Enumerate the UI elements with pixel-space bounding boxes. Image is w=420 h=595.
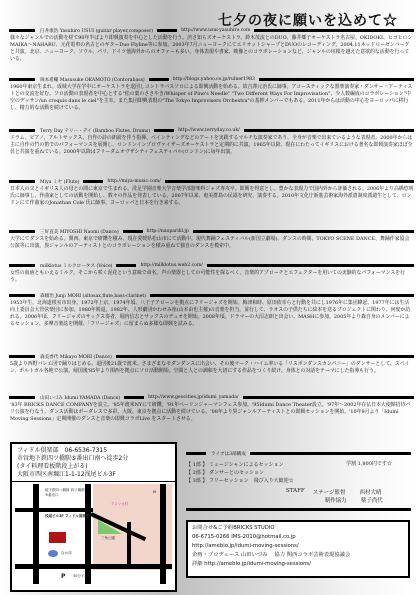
performer-header: 森美香代 Mikayo MORI (Dance) — [9, 353, 414, 360]
performer-bio: 1960年東京生まれ。成城大学在学中にオーケストラを退団しコントラバスソロによる… — [10, 84, 414, 112]
header-bar — [244, 129, 414, 132]
info-header: ライブは3部構成 — [186, 450, 411, 457]
info-title: ライブは3部構成 — [211, 451, 246, 457]
header-bar — [154, 129, 174, 132]
header-bar — [9, 78, 35, 81]
header-bar — [9, 129, 35, 132]
part-row: 【 3部 】 フリーセッション 飛び入り大歓迎☆ — [186, 476, 416, 484]
header-bar — [150, 294, 414, 297]
header-bar — [259, 78, 414, 81]
performer-section: Terry Day テリー・デイ (Bamboo Flutes, Drums) … — [9, 127, 414, 156]
header-bar — [243, 396, 415, 399]
performer-name: 森美香代 Mikayo MORI (Dance) — [40, 354, 112, 360]
header-bar — [9, 396, 35, 399]
contact-details-url[interactable]: 詳細 http://ameblo.jp/idumi-moving-session… — [192, 560, 404, 569]
header-bar — [207, 264, 414, 267]
venue-info: フィドル倶楽部 06-6536-7315 市営地下鉄四ツ橋駅⑤番出口南へ徒歩2分… — [12, 444, 175, 482]
performer-bio: '83年 BRICKS DANCE COMPANYを設立。'85年渡米NYにて研… — [10, 402, 414, 423]
performer-section: 三好直美 MIYOSHI Naomi (Dance) http://naopar… — [9, 228, 414, 250]
header-bar — [9, 355, 35, 358]
staff-role: 制作協力 — [325, 496, 347, 504]
header-bar — [9, 230, 35, 233]
performer-header: 三好直美 MIYOSHI Naomi (Dance) http://naopar… — [9, 228, 414, 235]
header-bar — [165, 180, 414, 183]
parking-fee: 30分￥200 — [73, 574, 91, 579]
performer-header: 臼井康浩 Yasuhiro USUI (guitar player,compos… — [9, 27, 414, 34]
performer-header: 岡本希輔 Masusuke OKAMOTO (Contorabass) http… — [9, 76, 414, 83]
header-bar — [149, 78, 169, 81]
performer-section: milklotus ミルクロータス (Voice) http://milklot… — [9, 262, 414, 284]
header-bar — [9, 294, 35, 297]
road — [127, 522, 131, 566]
header-bar — [186, 452, 206, 455]
performer-url[interactable]: http://naoparikl.jp — [147, 229, 189, 234]
performer-bio: 5歳より西野バレエ団で踊りはじめる。退団後21歳で渡米。さまざまなモダンダンスに… — [10, 361, 414, 375]
performer-bio: 様々なジャンルでの活動を経て90年半ばより即興演奏を中心とした活動を行う。渋さ知… — [10, 35, 414, 63]
header-bar — [254, 29, 414, 32]
performer-section: 山田いづみ Idumi YAMADA (Dance) http://www.ge… — [9, 394, 414, 423]
staff-name: 西村大晴 — [360, 488, 382, 496]
header-bar — [9, 29, 35, 32]
park-label: 三角公園 — [101, 536, 115, 541]
contact-producer: 企画・プロデュース 山田いづみ 協力 関西コラボ芸術表現協議会 — [192, 551, 404, 560]
header-bar — [193, 230, 414, 233]
part-number: 3部 — [193, 477, 201, 484]
performer-header: Terry Day テリー・デイ (Bamboo Flutes, Drums) … — [9, 127, 414, 134]
header-bar — [116, 355, 414, 358]
performer-header: 山田いづみ Idumi YAMADA (Dance) http://www.ge… — [9, 394, 414, 401]
live-info: ライブは3部構成 【 1部 】 ミュージシャンによるセッション 【 2部 】 ダ… — [186, 450, 416, 511]
performer-bio: ドラム、ピアノ、アルトサックス、自作の詩の朗読を伴う指揮、ペインティングなどのア… — [10, 135, 414, 156]
performer-header: 森順治 Junji MORI (altosax,flute,bass-clari… — [9, 292, 414, 299]
performer-bio: 日本人の父とイギリス人の母との間に東京で生まれる。洗足学園音楽大学音楽学部器楽科… — [10, 186, 414, 207]
contact-url[interactable]: http://ameblo.jp/idumi-moving-sessions/ — [192, 542, 404, 551]
road-midosuji — [160, 484, 166, 584]
parking-icon: P — [61, 573, 65, 580]
header-bar — [9, 264, 35, 267]
performer-name: 山田いづみ Idumi YAMADA (Dance) — [40, 395, 120, 401]
performer-name: 森順治 Junji MORI (altosax,flute,bass-clari… — [40, 293, 146, 299]
performer-header: milklotus ミルクロータス (Voice) http://milklot… — [9, 262, 414, 269]
performer-name: milklotus ミルクロータス (Voice) — [40, 263, 112, 269]
performer-name: 臼井康浩 Yasuhiro USUI (guitar player,compos… — [40, 28, 153, 34]
part-number: 1部 — [193, 461, 201, 468]
header-bar — [124, 396, 144, 399]
header-bar — [83, 180, 103, 183]
performer-header: Miya ミヤ (Flute) http://miya-music.com/ — [9, 178, 414, 185]
performer-url[interactable]: http://www.usui-yasuhiro.com — [181, 28, 250, 33]
staff-label: STAFF — [286, 488, 305, 504]
road — [15, 508, 93, 512]
access-map: 三角公園 アメリカ村 浅尾ビル3F フィドル倶楽部 なか卯 地下鉄四つ橋線 四ツ… — [15, 484, 172, 584]
part-number: 2部 — [193, 469, 201, 476]
performer-url[interactable]: http://miya-music.com/ — [107, 179, 160, 184]
header-bar — [116, 264, 136, 267]
part-desc: ミュージシャンによるセッション — [209, 461, 283, 468]
performer-section: Miya ミヤ (Flute) http://miya-music.com/ 日… — [9, 178, 414, 207]
performer-name: Miya ミヤ (Flute) — [40, 179, 79, 185]
shop-label: なか卯 — [61, 551, 72, 556]
venue-access-note: (タイ料理看板階段上がる) — [17, 463, 171, 471]
performer-section: 森順治 Junji MORI (altosax,flute,bass-clari… — [9, 292, 414, 328]
performer-url[interactable]: http://milklotus.web2.com/ — [140, 263, 202, 268]
sankaku-park — [98, 520, 122, 534]
performer-url[interactable]: http://www.geocities.jp/idumi_yamada/ — [148, 395, 238, 400]
performer-bio: 大学にてダンスを始める。関西、東京で研鑽を積み、現在愛媛県松山市にて活動中。現代… — [10, 236, 414, 250]
performer-section: 岡本希輔 Masusuke OKAMOTO (Contorabass) http… — [9, 76, 414, 112]
road-yotsubashi — [33, 484, 39, 584]
area-label: アメリカ村 — [111, 502, 128, 507]
exit-label: 地下鉄四つ橋線 四ツ橋駅 ⑤番出口 — [45, 488, 85, 498]
header-bar — [9, 180, 35, 183]
header-bar — [157, 29, 177, 32]
staff-name: 薬子尚代 — [361, 496, 383, 504]
performer-bio: 1953年生。北海道根室市出身。1972年上京。1974年頃、八王子アローンを拠… — [10, 300, 414, 328]
part-desc: ダンサーとのセッション — [209, 469, 264, 476]
staff-block: STAFF ステージ監督西村大晴 制作協力薬子尚代 — [286, 488, 416, 504]
venue-box: フィドル倶楽部 06-6536-7315 市営地下鉄四ツ橋駅⑤番出口南へ徒歩2分… — [10, 442, 177, 592]
north-icon: N — [153, 490, 156, 494]
performer-section: 森美香代 Mikayo MORI (Dance) 5歳より西野バレエ団で踊りはじ… — [9, 353, 414, 375]
road — [85, 484, 91, 584]
price: 学割 1,800円です☆ — [346, 460, 392, 467]
venue-marker — [49, 532, 66, 543]
shop-marker — [48, 550, 58, 557]
venue-address: 大阪市西区南堀江1-1-12浅尾ビル3F — [17, 471, 171, 479]
header-bar — [250, 452, 411, 455]
performer-name: 岡本希輔 Masusuke OKAMOTO (Contorabass) — [40, 77, 145, 83]
contact-heading: お問合せ&ご予約BRICKS STUDIO — [192, 524, 404, 533]
part-row: 【 2部 】 ダンサーとのセッション — [186, 468, 416, 476]
divider — [186, 508, 411, 511]
performer-url[interactable]: http://blogs.yahoo.co.jp/rulner1983 — [173, 77, 255, 82]
venue-map-label: 浅尾ビル3F フィドル倶楽部 — [45, 514, 89, 519]
performer-section: 臼井康浩 Yasuhiro USUI (guitar player,compos… — [9, 27, 414, 63]
performer-name: 三好直美 MIYOSHI Naomi (Dance) — [40, 229, 119, 235]
part-desc: フリーセッション 飛び入り大歓迎☆ — [209, 477, 294, 484]
header-bar — [123, 230, 143, 233]
performer-url[interactable]: http://www.terryday.co.uk/ — [178, 128, 240, 133]
venue-access: 市営地下鉄四ツ橋駅⑤番出口南へ徒歩2分 — [17, 455, 171, 463]
staff-role: ステージ監督 — [313, 488, 346, 496]
road-mitsudera — [15, 564, 172, 569]
performer-bio: 女性の血液ともいえるミルク。そこから咲く泥花という意味で命名。声の楽器としての可… — [10, 270, 414, 284]
contact-box: お問合せ&ご予約BRICKS STUDIO 06-6715-0266 IMS-2… — [186, 520, 410, 578]
contact-phone-email[interactable]: 06-6715-0266 IMS-2010@hotmail.co.jp — [192, 533, 404, 542]
performer-name: Terry Day テリー・デイ (Bamboo Flutes, Drums) — [40, 128, 150, 134]
venue-name-phone: フィドル倶楽部 06-6536-7315 — [17, 447, 171, 455]
